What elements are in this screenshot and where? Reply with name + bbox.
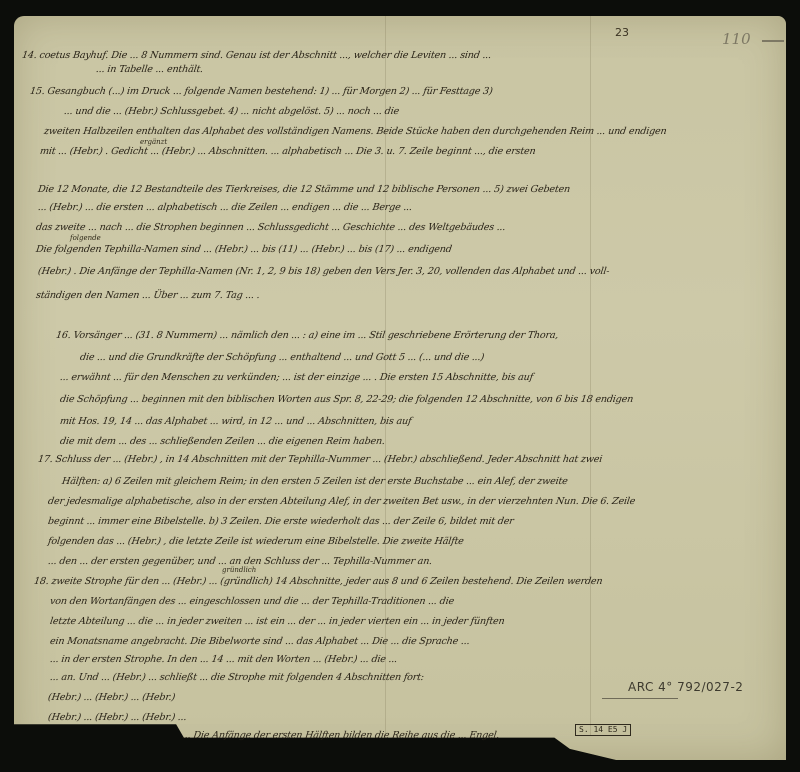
section-17-line: beginnt ... immer eine Bibelstelle. b) 3… xyxy=(47,516,514,527)
section-16-line: die Schöpfung ... beginnen mit den bibli… xyxy=(59,394,634,405)
section-18-line: letzte Abteilung ... die ... in jeder zw… xyxy=(49,616,505,627)
section-14-line: ... in Tabelle ... enthält. xyxy=(95,64,203,75)
page-number: 23 xyxy=(615,26,629,39)
section-15-line: (Hebr.) . Die Anfänge der Tephilla-Namen… xyxy=(37,266,610,277)
section-18-line: von den Wortanfängen des ... eingeschlos… xyxy=(49,596,454,607)
interlinear-note: ergänzt xyxy=(140,138,167,146)
section-18-line: 18. zweite Strophe für den ... (Hebr.) .… xyxy=(33,576,603,587)
archive-stamp: S. 14 E5 J xyxy=(575,724,631,736)
section-17-line: folgenden das ... (Hebr.) , die letzte Z… xyxy=(47,536,464,547)
section-16-line: die ... und die Grundkräfte der Schöpfun… xyxy=(79,352,485,363)
section-15-line: ... (Hebr.) ... die ersten ... alphabeti… xyxy=(37,202,413,213)
section-15-line: ... und die ... (Hebr.) Schlussgebet. 4)… xyxy=(63,106,399,117)
section-15-line: Die 12 Monate, die 12 Bestandteile des T… xyxy=(37,184,571,195)
interlinear-note: folgende xyxy=(70,234,101,242)
section-18-line: ... in der ersten Strophe. In den ... 14… xyxy=(49,654,398,665)
section-17-line: der jedesmalige alphabetische, also in d… xyxy=(47,496,636,507)
section-15-line: ständigen den Namen ... Über ... zum 7. … xyxy=(35,290,260,301)
pencil-mark xyxy=(762,40,784,42)
section-18-line: ein Monatsname angebracht. Die Bibelwort… xyxy=(49,636,470,647)
section-17-line: Hälften: a) 6 Zeilen mit gleichem Reim; … xyxy=(61,476,568,487)
section-15-line: 15. Gesangbuch (...) im Druck ... folgen… xyxy=(29,86,493,97)
section-14-line: 14. coetus Bayhuf. Die ... 8 Nummern sin… xyxy=(21,50,492,61)
section-15-line: zweiten Halbzeilen enthalten das Alphabe… xyxy=(43,126,667,137)
pencil-underline xyxy=(602,698,678,699)
section-16-line: ... erwähnt ... für den Menschen zu verk… xyxy=(59,372,533,383)
section-15-line: Die folgenden Tephilla-Namen sind ... (H… xyxy=(35,244,452,255)
section-17-line: 17. Schluss der ... (Hebr.) , in 14 Absc… xyxy=(37,454,603,465)
section-15-line: mit ... (Hebr.) . Gedicht ... (Hebr.) ..… xyxy=(39,146,536,157)
folio-number: 110 xyxy=(722,30,751,48)
fold-line xyxy=(590,16,591,736)
section-15-line: das zweite ... nach ... die Strophen beg… xyxy=(35,222,506,233)
section-18-line: ... an. Und ... (Hebr.) ... schließt ...… xyxy=(49,672,424,683)
section-18-line: (Hebr.) ... (Hebr.) ... (Hebr.) xyxy=(47,692,176,703)
interlinear-note: gründlich xyxy=(222,566,256,574)
section-16-line: 16. Vorsänger ... (31. 8 Nummern) ... nä… xyxy=(55,330,559,341)
section-16-line: die mit dem ... des ... schließenden Zei… xyxy=(59,436,385,447)
section-16-line: mit Hos. 19, 14 ... das Alphabet ... wir… xyxy=(59,416,412,427)
shelfmark: ARC 4° 792/027-2 xyxy=(628,680,743,694)
section-18-line: ... Die Anfänge der ersten Hälften bilde… xyxy=(181,730,500,741)
section-18-line: (Hebr.) ... (Hebr.) ... (Hebr.) ... xyxy=(47,712,187,723)
